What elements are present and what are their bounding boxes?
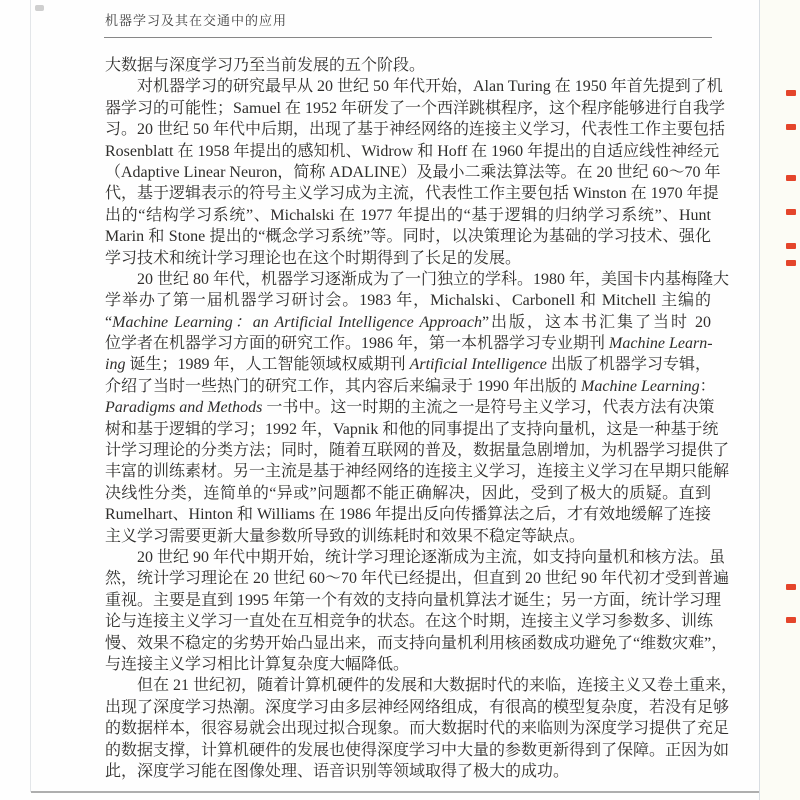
text-line: （Adaptive Linear Neuron，简称 ADALINE）及最小二乘…	[105, 162, 711, 183]
text-line: 20 世纪 80 年代，机器学习逐渐成为了一门独立的学科。1980 年，美国卡内…	[105, 269, 711, 290]
body-text: 位学者在机器学习方面的研究工作。1986 年，第一本机器学习专业期刊	[105, 335, 609, 352]
body-text: 介绍了当时一些热门的研究工作，其内容后来编录于 1990 年出版的	[105, 378, 581, 395]
text-line: 计学习理论的分类方法；同时，随着互联网的普及，数据量急剧增加，为机器学习提供了	[105, 440, 711, 461]
red-annotation-mark	[786, 243, 796, 249]
scan-smudge	[35, 5, 44, 11]
text-line: 决线性分类，连简单的“异或”问题都不能正确解决，因此，受到了极大的质疑。直到	[105, 483, 711, 504]
text-line: 大数据与深度学习乃至当前发展的五个阶段。	[105, 55, 711, 76]
text-line: 但在 21 世纪初，随着计算机硬件的发展和大数据时代的来临，连接主义又卷土重来，	[105, 675, 711, 696]
text-line: ing 诞生；1989 年，人工智能领域权威期刊 Artificial Inte…	[105, 354, 711, 375]
body-text: 20 世纪 80 年代，机器学习逐渐成为了一门独立的学科。1980 年，美国卡内…	[137, 271, 729, 288]
body-text: 代，基于逻辑表示的符号主义学习成为主流，代表性工作主要包括 Winston 在 …	[105, 185, 719, 202]
italic-title-text: ing	[105, 356, 125, 373]
text-line: 学习技术和统计学习理论也在这个时期得到了长足的发展。	[105, 248, 711, 269]
scanned-book-page: 机器学习及其在交通中的应用 大数据与深度学习乃至当前发展的五个阶段。对机器学习的…	[0, 0, 800, 800]
red-annotation-mark	[786, 584, 796, 590]
text-line: 20 世纪 90 年代中期开始，统计学习理论逐渐成为主流，如支持向量机和核方法。…	[105, 547, 711, 568]
body-text: 学习技术和统计学习理论也在这个时期得到了长足的发展。	[105, 250, 521, 267]
body-text: 对机器学习的研究最早从 20 世纪 50 年代开始，Alan Turing 在 …	[137, 78, 723, 95]
body-text: （Adaptive Linear Neuron，简称 ADALINE）及最小二乘…	[105, 164, 720, 181]
body-text: 出现了深度学习热潮。深度学习由多层神经网络组成，有很高的模型复杂度，若没有足够	[105, 699, 729, 716]
text-line: Rumelhart、Hinton 和 Williams 在 1986 年提出反向…	[105, 504, 711, 525]
body-text: 论与连接主义学习一直处在互相竞争的状态。在这个时期，连接主义学习参数多、训练	[105, 613, 713, 630]
text-line: 学举办了第一届机器学习研讨会。1983 年，Michalski、Carbonel…	[105, 290, 711, 311]
text-line: 论与连接主义学习一直处在互相竞争的状态。在这个时期，连接主义学习参数多、训练	[105, 611, 711, 632]
body-text: 学举办了第一届机器学习研讨会。1983 年，Michalski、Carbonel…	[105, 292, 711, 309]
body-text: ”出版，这本书汇集了当时 20	[482, 314, 711, 331]
body-text: 然，统计学习理论在 20 世纪 60～70 年代已经提出，但直到 20 世纪 9…	[105, 570, 729, 587]
body-text: 慢、效果不稳定的劣势开始凸显出来，而支持向量机利用核函数成功避免了“维数灾难”，	[105, 635, 727, 652]
text-line: 介绍了当时一些热门的研究工作，其内容后来编录于 1990 年出版的 Machin…	[105, 376, 711, 397]
body-text: 重视。主要是直到 1995 年第一个有效的支持向量机算法才诞生；另一方面，统计学…	[105, 592, 721, 609]
red-annotation-mark	[786, 124, 796, 130]
italic-title-text: Machine Learning：an Artificial Intellige…	[112, 314, 482, 331]
red-annotation-mark	[786, 209, 796, 215]
italic-title-text: Machine Learning	[581, 378, 700, 395]
text-line: 位学者在机器学习方面的研究工作。1986 年，第一本机器学习专业期刊 Machi…	[105, 333, 711, 354]
body-text: 一书中。这一时期的主流之一是符号主义学习，代表方法有决策	[262, 399, 714, 416]
body-text: Marin 和 Stone 提出的“概念学习系统”等。同时，以决策理论为基础的学…	[105, 228, 711, 245]
body-text: Rosenblatt 在 1958 年提出的感知机、Widrow 和 Hoff …	[105, 143, 719, 160]
header-rule	[104, 37, 712, 38]
red-annotation-mark	[786, 260, 796, 266]
text-line: 然，统计学习理论在 20 世纪 60～70 年代已经提出，但直到 20 世纪 9…	[105, 568, 711, 589]
text-line: “Machine Learning：an Artificial Intellig…	[105, 312, 711, 333]
page-right-edge-line	[759, 0, 760, 800]
body-text: 出的“结构学习系统”、Michalski 在 1977 年提出的“基于逻辑的归纳…	[105, 207, 711, 224]
body-text: 与连接主义学习相比计算复杂度大幅降低。	[105, 656, 409, 673]
text-line: 与连接主义学习相比计算复杂度大幅降低。	[105, 654, 711, 675]
text-line: 此，深度学习能在图像处理、语音识别等领域取得了极大的成功。	[105, 761, 711, 782]
text-line: 对机器学习的研究最早从 20 世纪 50 年代开始，Alan Turing 在 …	[105, 76, 711, 97]
body-text: ：	[700, 378, 716, 395]
text-line: 慢、效果不稳定的劣势开始凸显出来，而支持向量机利用核函数成功避免了“维数灾难”，	[105, 633, 711, 654]
text-line: 重视。主要是直到 1995 年第一个有效的支持向量机算法才诞生；另一方面，统计学…	[105, 590, 711, 611]
text-line: Marin 和 Stone 提出的“概念学习系统”等。同时，以决策理论为基础的学…	[105, 226, 711, 247]
text-line: Paradigms and Methods 一书中。这一时期的主流之一是符号主义…	[105, 397, 711, 418]
body-text: 丰富的训练素材。另一主流是基于神经网络的连接主义学习，连接主义学习在早期只能解	[105, 463, 729, 480]
body-text: 此，深度学习能在图像处理、语音识别等领域取得了极大的成功。	[105, 763, 569, 780]
body-text: 诞生；1989 年，人工智能领域权威期刊	[125, 356, 409, 373]
italic-title-text: Machine Learn-	[609, 335, 713, 352]
body-text: 决线性分类，连简单的“异或”问题都不能正确解决，因此，受到了极大的质疑。直到	[105, 485, 711, 502]
text-line: 树和基于逻辑的学习；1992 年，Vapnik 和他的同事提出了支持向量机，这是…	[105, 419, 711, 440]
text-line: 出的“结构学习系统”、Michalski 在 1977 年提出的“基于逻辑的归纳…	[105, 205, 711, 226]
body-text: 出版了机器学习专辑，	[547, 356, 711, 373]
body-text: 习。20 世纪 50 年代中后期，出现了基于神经网络的连接主义学习，代表性工作主…	[105, 121, 725, 138]
text-line: 出现了深度学习热潮。深度学习由多层神经网络组成，有很高的模型复杂度，若没有足够	[105, 697, 711, 718]
text-line: 的数据样本，很容易就会出现过拟合现象。而大数据时代的来临则为深度学习提供了充足	[105, 718, 711, 739]
body-text: 树和基于逻辑的学习；1992 年，Vapnik 和他的同事提出了支持向量机，这是…	[105, 421, 718, 438]
page-bottom-edge-line	[31, 791, 759, 793]
body-text: 器学习的可能性；Samuel 在 1952 年研发了一个西洋跳棋程序，这个程序能…	[105, 100, 725, 117]
body-text: 20 世纪 90 年代中期开始，统计学习理论逐渐成为主流，如支持向量机和核方法。…	[137, 549, 725, 566]
body-text: 主义学习需要更新大量参数所导致的训练耗时和效果不稳定等缺点。	[105, 528, 585, 545]
text-line: 丰富的训练素材。另一主流是基于神经网络的连接主义学习，连接主义学习在早期只能解	[105, 461, 711, 482]
body-text: 的数据样本，很容易就会出现过拟合现象。而大数据时代的来临则为深度学习提供了充足	[105, 720, 729, 737]
red-annotation-mark	[786, 175, 796, 181]
red-annotation-mark	[786, 90, 796, 96]
text-line: 的数据支撑，计算机硬件的发展也使得深度学习中大量的参数更新得到了保障。正因为如	[105, 740, 711, 761]
body-text: 大数据与深度学习乃至当前发展的五个阶段。	[105, 57, 425, 74]
page-body: 大数据与深度学习乃至当前发展的五个阶段。对机器学习的研究最早从 20 世纪 50…	[105, 55, 711, 782]
running-header-title: 机器学习及其在交通中的应用	[105, 13, 287, 29]
italic-title-text: Paradigms and Methods	[105, 399, 262, 416]
body-text: 计学习理论的分类方法；同时，随着互联网的普及，数据量急剧增加，为机器学习提供了	[105, 442, 729, 459]
body-text: 但在 21 世纪初，随着计算机硬件的发展和大数据时代的来临，连接主义又卷土重来，	[137, 677, 737, 694]
page-right-margin	[760, 0, 800, 800]
body-text: 的数据支撑，计算机硬件的发展也使得深度学习中大量的参数更新得到了保障。正因为如	[105, 742, 729, 759]
body-text: Rumelhart、Hinton 和 Williams 在 1986 年提出反向…	[105, 506, 711, 523]
italic-title-text: Artificial Intelligence	[410, 356, 547, 373]
page-left-edge-line	[30, 0, 31, 792]
text-line: 习。20 世纪 50 年代中后期，出现了基于神经网络的连接主义学习，代表性工作主…	[105, 119, 711, 140]
text-line: 器学习的可能性；Samuel 在 1952 年研发了一个西洋跳棋程序，这个程序能…	[105, 98, 711, 119]
text-line: 代，基于逻辑表示的符号主义学习成为主流，代表性工作主要包括 Winston 在 …	[105, 183, 711, 204]
text-line: 主义学习需要更新大量参数所导致的训练耗时和效果不稳定等缺点。	[105, 526, 711, 547]
text-line: Rosenblatt 在 1958 年提出的感知机、Widrow 和 Hoff …	[105, 141, 711, 162]
red-annotation-mark	[786, 617, 796, 623]
